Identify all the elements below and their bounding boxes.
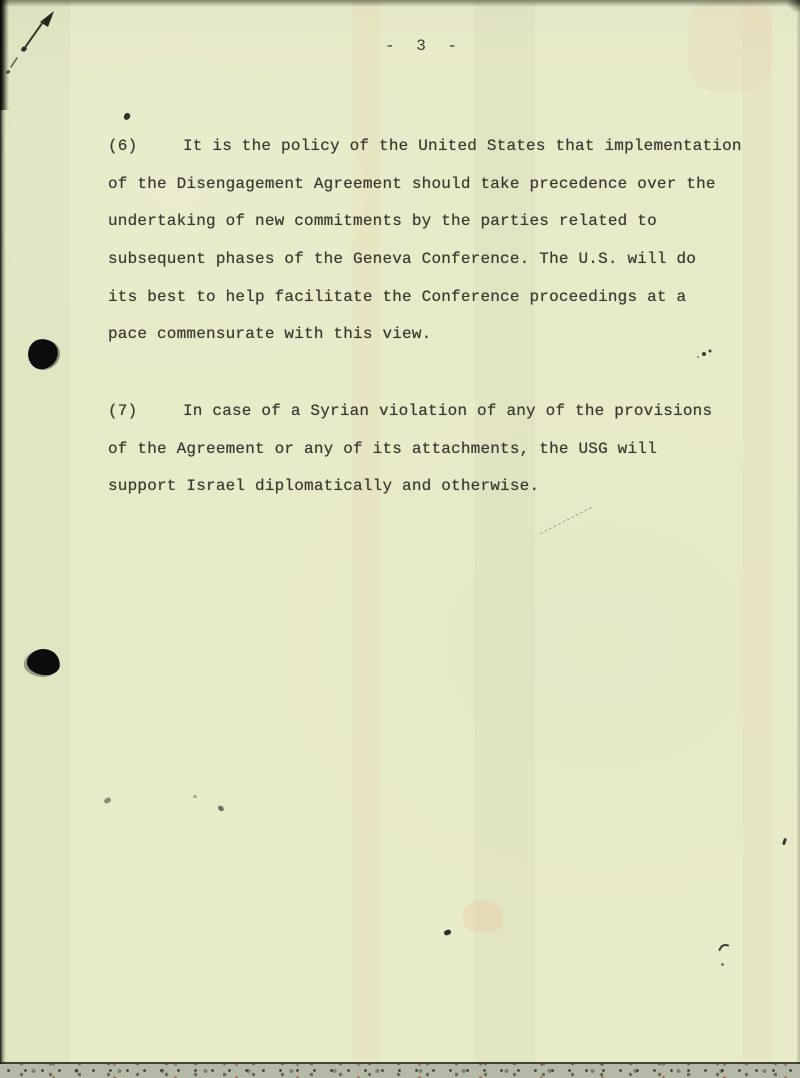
- paragraph-number: (6): [108, 128, 183, 166]
- paragraph-line: subsequent phases of the Geneva Conferen…: [108, 241, 768, 279]
- ink-speck: [193, 795, 197, 798]
- ink-speck: [103, 797, 112, 805]
- ink-speck: [782, 838, 787, 845]
- ink-dots-mark: [702, 352, 706, 356]
- pencil-arrow-icon: [2, 8, 62, 78]
- hole-punch-top: [26, 337, 60, 371]
- paragraph-line: pace commensurate with this view.: [108, 316, 768, 354]
- ink-speck: [443, 929, 451, 936]
- page-number: - 3 -: [385, 37, 463, 55]
- scan-tint-patch: [463, 901, 503, 933]
- dashed-pencil-line: [540, 507, 592, 534]
- paragraph-text: It is the policy of the United States th…: [183, 137, 742, 155]
- paragraph-line: (6)It is the policy of the United States…: [108, 128, 768, 166]
- paragraph-line: (7)In case of a Syrian violation of any …: [108, 393, 768, 431]
- paragraph-number: (7): [108, 393, 183, 431]
- scan-edge-bottom: [0, 1064, 800, 1078]
- paragraph-line: its best to help facilitate the Conferen…: [108, 279, 768, 317]
- paragraph-6: (6)It is the policy of the United States…: [108, 128, 768, 354]
- squiggle-mark: [718, 942, 730, 954]
- asterisk-dot-mark: [123, 112, 131, 121]
- paragraph-line: undertaking of new commitments by the pa…: [108, 203, 768, 241]
- paragraph-text: In case of a Syrian violation of any of …: [183, 402, 712, 420]
- paragraph-line: support Israel diplomatically and otherw…: [108, 468, 768, 506]
- paragraph-line: of the Agreement or any of its attachmen…: [108, 431, 768, 469]
- scan-edge-right: [796, 0, 800, 1078]
- ink-speck: [217, 805, 224, 811]
- scan-edge-left: [0, 0, 6, 1078]
- scan-band-gray-1: [0, 0, 70, 1078]
- scanned-document-page: - 3 - (6)It is the policy of the United …: [0, 0, 800, 1078]
- scan-edge-top: [0, 0, 800, 7]
- paragraph-7: (7)In case of a Syrian violation of any …: [108, 393, 768, 506]
- paragraph-line: of the Disengagement Agreement should ta…: [108, 166, 768, 204]
- ink-speck: [721, 963, 724, 966]
- hole-punch-bottom: [26, 648, 61, 676]
- scan-tint-patch-top: [688, 0, 772, 92]
